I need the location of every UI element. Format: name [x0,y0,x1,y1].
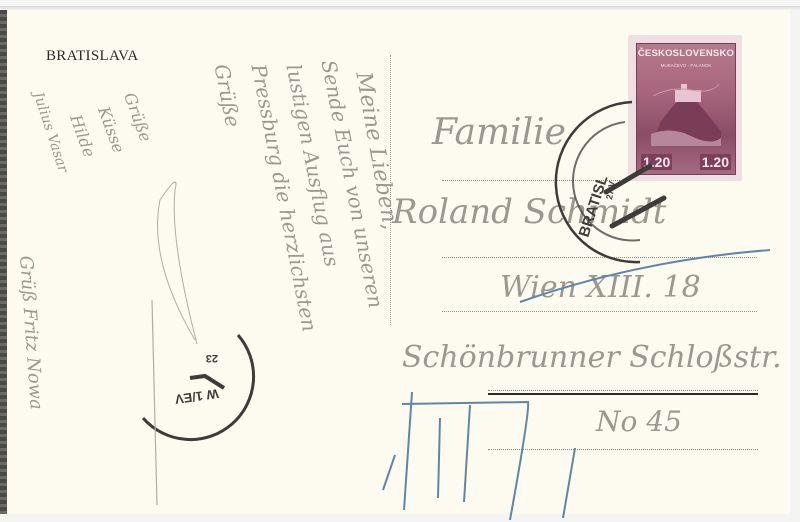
stamp-caption: MUKAČEVO - PALANOK [637,63,735,68]
stamp-design: ČESKOSLOVENSKO MUKAČEVO - PALANOK 1.20 1… [636,43,736,175]
address-line-2: Roland Schmidt [392,192,666,232]
address-line-4: Schönbrunner Schloßstr. [402,340,782,375]
address-line-4-underline [488,393,758,395]
stamp-country: ČESKOSLOVENSKO [637,48,735,59]
stamp-value-right: 1.20 [700,154,731,170]
address-line-4-rule [488,390,758,391]
address-line-3-rule [442,311,757,312]
address-line-1: Familie [432,112,566,153]
address-line-3: Wien XIII. 18 [500,270,701,305]
address-line-1-rule [442,180,642,181]
postage-stamp: ČESKOSLOVENSKO MUKAČEVO - PALANOK 1.20 1… [628,35,742,181]
castle-icon [651,76,721,146]
postcard-deckled-edge [0,10,7,514]
address-line-5-rule [488,449,758,450]
address-line-5: No 45 [596,405,682,438]
stamp-value-left: 1.20 [641,154,672,170]
address-line-2-rule [442,257,757,258]
printed-place-label: BRATISLAVA [46,48,138,65]
